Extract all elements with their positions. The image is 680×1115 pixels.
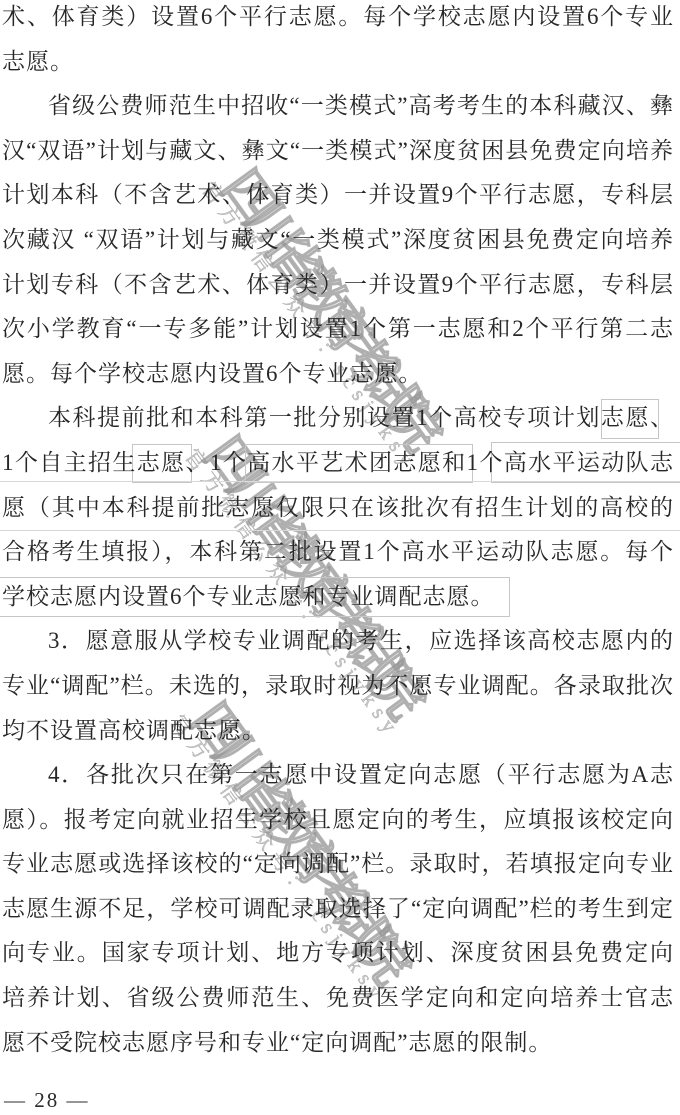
text-line: 志愿生源不足，学校可调配录取选择了“定向调配”栏的考生到定 <box>2 887 674 932</box>
text-line: 专业“调配”栏。未选的，录取时视为不愿专业调配。各录取批次 <box>2 664 674 709</box>
text-line: 汉“双语”计划与藏文、彝文“一类模式”深度贫困县免费定向培养 <box>2 129 674 174</box>
text-line: 专业志愿或选择该校的“定向调配”栏。录取时，若填报定向专业 <box>2 842 674 887</box>
document-page: 四川省教育考试院 官方微信公众号：scsjyksy 四川省教育考试院 官方微信公… <box>0 0 680 1115</box>
text-line: 计划本科（不含艺术、体育类）一并设置9个平行志愿，专科层 <box>2 173 674 218</box>
text-line: 术、体育类）设置6个平行志愿。每个学校志愿内设置6个专业 <box>2 0 674 40</box>
document-text: 术、体育类）设置6个平行志愿。每个学校志愿内设置6个专业志愿。省级公费师范生中招… <box>2 0 674 1065</box>
text-line: 均不设置高校调配志愿。 <box>2 709 674 754</box>
text-line: 愿）。报考定向就业招生学校且愿定向的考生，应填报该校定向 <box>2 798 674 843</box>
text-line: 愿不受院校志愿序号和专业“定向调配”志愿的限制。 <box>2 1021 674 1066</box>
text-line: 合格考生填报），本科第二批设置1个高水平运动队志愿。每个 <box>2 530 674 575</box>
text-line: 省级公费师范生中招收“一类模式”高考考生的本科藏汉、彝 <box>2 84 674 129</box>
text-line: 计划专科（不含艺术、体育类）一并设置9个平行志愿，专科层 <box>2 263 674 308</box>
text-line: 1个自主招生志愿、1个高水平艺术团志愿和1个高水平运动队志 <box>2 441 674 486</box>
text-line: 次藏汉 “双语”计划与藏文“一类模式”深度贫困县免费定向培养 <box>2 218 674 263</box>
text-line: 培养计划、省级公费师范生、免费医学定向和定向培养士官志 <box>2 976 674 1021</box>
text-line: 3．愿意服从学校专业调配的考生，应选择该高校志愿内的 <box>2 619 674 664</box>
text-line: 向专业。国家专项计划、地方专项计划、深度贫困县免费定向 <box>2 931 674 976</box>
text-line: 志愿。 <box>2 40 674 85</box>
text-line: 次小学教育“一专多能”计划设置1个第一志愿和2个平行第二志 <box>2 307 674 352</box>
text-line: 愿。每个学校志愿内设置6个专业志愿。 <box>2 352 674 397</box>
text-line: 学校志愿内设置6个专业志愿和专业调配志愿。 <box>2 575 674 620</box>
text-line: 本科提前批和本科第一批分别设置1个高校专项计划志愿、 <box>2 396 674 441</box>
text-line: 4．各批次只在第一志愿中设置定向志愿（平行志愿为A志 <box>2 753 674 798</box>
page-number: — 28 — <box>4 1088 90 1113</box>
text-line: 愿（其中本科提前批志愿仅限只在该批次有招生计划的高校的 <box>2 486 674 531</box>
